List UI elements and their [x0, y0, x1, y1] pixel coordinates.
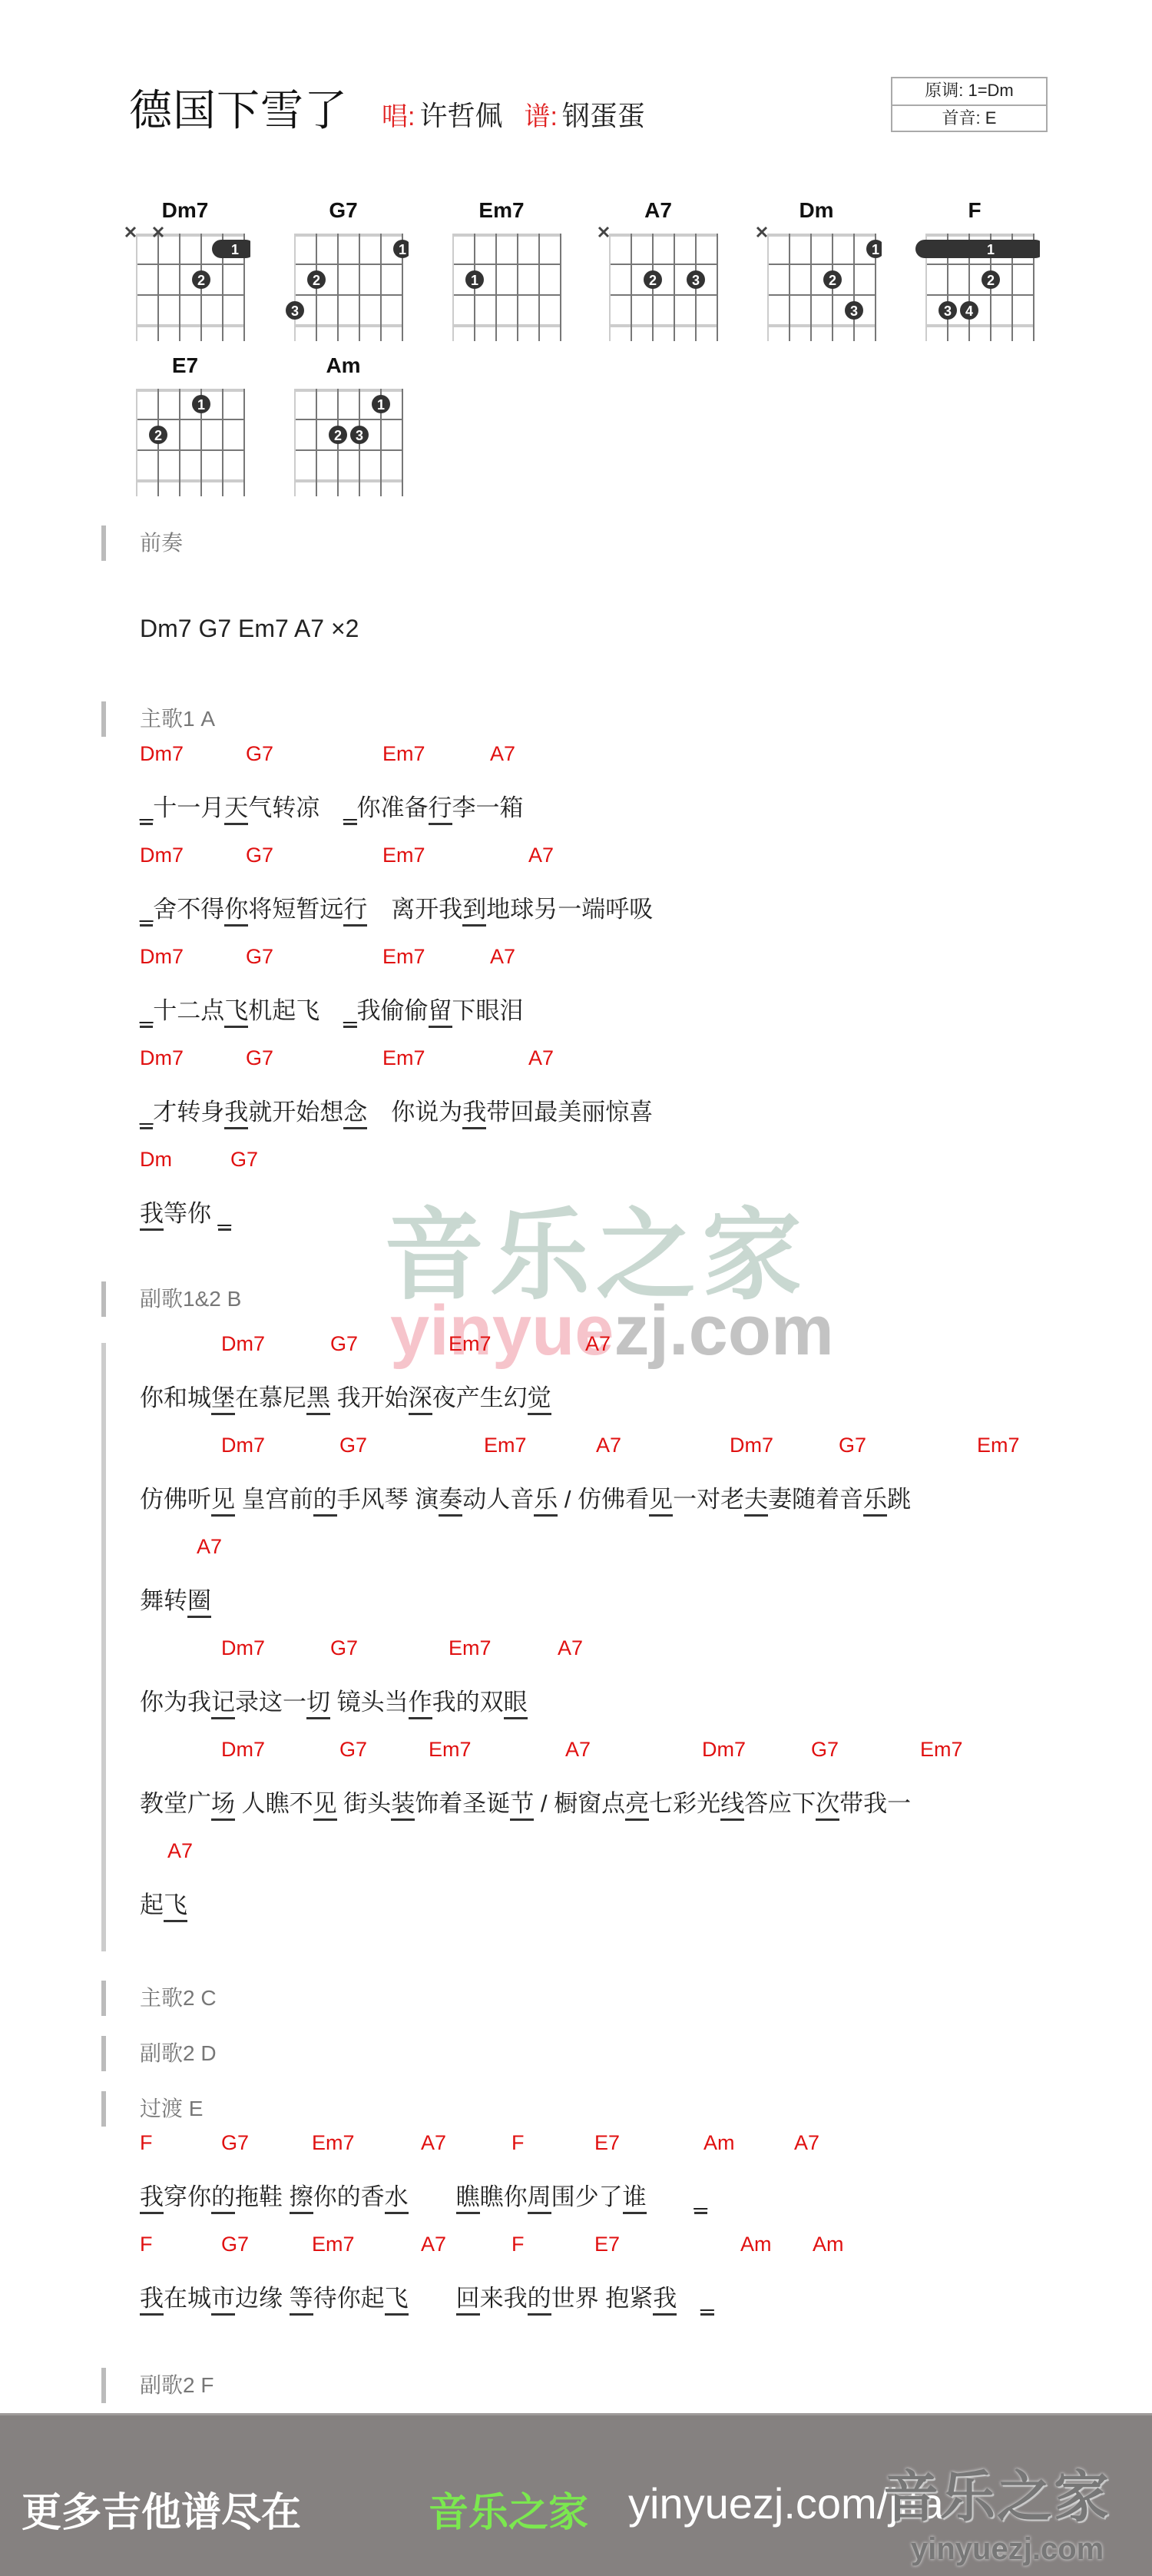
chord: A7: [528, 844, 554, 867]
chord: Em7: [449, 1636, 492, 1660]
chord: G7: [811, 1738, 839, 1762]
lyric-line: _才转身我就开始想念 你说为我带回最美丽惊喜: [140, 1092, 653, 1127]
svg-text:2: 2: [154, 428, 162, 443]
chord: Em7: [382, 844, 425, 867]
chord-diagram-name: G7: [278, 198, 409, 223]
svg-text:3: 3: [944, 303, 952, 319]
chord: A7: [528, 1046, 554, 1070]
chord: A7: [596, 1434, 621, 1457]
chord: G7: [330, 1636, 358, 1660]
watermark-url: yinyuezj.com: [390, 1291, 834, 1371]
site-logo: 音乐之家 yinyuezj.com: [883, 2452, 1144, 2568]
chord: Em7: [382, 945, 425, 969]
chord: F: [140, 2131, 153, 2155]
singer-label: 唱:: [382, 95, 415, 133]
section-label-chorus: 副歌1&2 B: [101, 1281, 241, 1317]
arranger-name: 钢蛋蛋: [562, 94, 645, 134]
section-label-verse1: 主歌1 A: [101, 701, 215, 737]
chord: Dm7: [140, 844, 184, 867]
svg-text:1: 1: [231, 242, 239, 257]
chord-diagram-g7: G7123: [278, 198, 409, 344]
section-label-chorus2: 副歌2 D: [101, 2036, 217, 2071]
chord: A7: [167, 1839, 193, 1863]
section-label-intro: 前奏: [101, 525, 183, 561]
chord-diagram-name: Dm: [751, 198, 882, 223]
chord: Em7: [382, 1046, 425, 1070]
chord: Em7: [312, 2131, 355, 2155]
lyric-line: 你为我记录这一切 镜头当作我的双眼: [140, 1683, 528, 1717]
chord: A7: [421, 2233, 446, 2256]
chord: A7: [490, 742, 515, 766]
chord-diagram-em7: Em71: [436, 198, 567, 344]
chord: Am: [740, 2233, 772, 2256]
lyric-line: 我等你 _: [140, 1194, 231, 1228]
footer-text: 更多吉他谱尽在: [22, 2480, 301, 2538]
song-header: 德国下雪了 唱: 许哲佩 谱: 钢蛋蛋: [129, 77, 645, 138]
svg-text:2: 2: [829, 273, 836, 288]
lyric-line: _十一月天气转凉 _你准备行李一箱: [140, 788, 524, 823]
chord: A7: [197, 1535, 222, 1559]
svg-text:2: 2: [313, 273, 320, 288]
svg-text:1: 1: [377, 397, 385, 413]
chord: Em7: [977, 1434, 1020, 1457]
chord: Em7: [429, 1738, 472, 1762]
lyric-line: _十二点飞机起飞 _我偷偷留下眼泪: [140, 991, 524, 1026]
section-bar: [101, 1343, 106, 1951]
lyric-line: _舍不得你将短暂远行 离开我到地球另一端呼吸: [140, 890, 653, 924]
chord: Dm7: [221, 1636, 265, 1660]
svg-text:2: 2: [649, 273, 657, 288]
chord-diagram-name: Em7: [436, 198, 567, 223]
chord: Em7: [484, 1434, 527, 1457]
chord: Dm7: [730, 1434, 773, 1457]
chord: G7: [221, 2233, 249, 2256]
chord: A7: [794, 2131, 819, 2155]
chord-diagram-name: Am: [278, 353, 409, 378]
svg-text:3: 3: [291, 303, 299, 319]
lyric-line: 舞转圈: [140, 1581, 211, 1616]
chord-diagram-name: Dm7: [120, 198, 250, 223]
chord-diagram-dm: Dm123: [751, 198, 882, 344]
chord: Em7: [920, 1738, 963, 1762]
chord: F: [511, 2233, 525, 2256]
chord: Dm7: [221, 1434, 265, 1457]
chord: Dm7: [140, 945, 184, 969]
chord: A7: [565, 1738, 591, 1762]
chord: Em7: [312, 2233, 355, 2256]
chord: G7: [330, 1332, 358, 1356]
chord: Dm7: [702, 1738, 746, 1762]
chord-diagram-e7: E712: [120, 353, 250, 499]
svg-text:1: 1: [872, 242, 879, 257]
lyric-line: 教堂广场 人瞧不见 街头装饰着圣诞节 / 橱窗点亮七彩光线答应下次带我一: [140, 1784, 911, 1818]
chord: Am: [813, 2233, 844, 2256]
original-key: 原调: 1=Dm: [892, 78, 1046, 104]
chord: F: [140, 2233, 153, 2256]
arranger-label: 谱:: [524, 95, 557, 133]
chord-diagram-name: F: [909, 198, 1040, 223]
chord: Dm7: [140, 1046, 184, 1070]
chord: Dm7: [140, 742, 184, 766]
chord: G7: [246, 945, 273, 969]
chord-diagram-f: F1234: [909, 198, 1040, 344]
svg-text:1: 1: [399, 242, 406, 257]
chord-diagram-a7: A723: [593, 198, 723, 344]
chord: E7: [594, 2233, 620, 2256]
chord: G7: [230, 1148, 258, 1172]
song-title: 德国下雪了: [129, 77, 348, 138]
svg-text:2: 2: [334, 428, 342, 443]
svg-text:1: 1: [471, 273, 478, 288]
chord-diagram-name: A7: [593, 198, 723, 223]
chord: G7: [246, 1046, 273, 1070]
svg-text:3: 3: [692, 273, 700, 288]
lyric-line: 我在城市边缘 等待你起飞 回来我的世界 抱紧我 _: [140, 2279, 714, 2313]
chord: G7: [339, 1434, 367, 1457]
lyric-line: 我穿你的拖鞋 擦你的香水 瞧瞧你周围少了谁 _: [140, 2177, 707, 2212]
svg-text:2: 2: [987, 273, 995, 288]
chord: G7: [246, 742, 273, 766]
footer-brand: 音乐之家: [429, 2480, 588, 2538]
chord: E7: [594, 2131, 620, 2155]
svg-text:2: 2: [197, 273, 205, 288]
intro-chord-line: Dm7 G7 Em7 A7 ×2: [140, 615, 359, 643]
section-label-chorus3: 副歌2 F: [101, 2368, 214, 2403]
footer-banner: 更多吉他谱尽在 音乐之家 yinyuezj.com/jita 音乐之家 yiny…: [0, 2413, 1152, 2576]
key-info-box: 原调: 1=Dm 首音: E: [891, 77, 1048, 132]
lyric-line: 你和城堡在慕尼黑 我开始深夜产生幻觉: [140, 1378, 551, 1413]
chord: A7: [585, 1332, 611, 1356]
svg-text:4: 4: [965, 303, 973, 319]
chord: Em7: [449, 1332, 492, 1356]
chord: G7: [839, 1434, 866, 1457]
svg-text:3: 3: [850, 303, 858, 319]
chord: A7: [558, 1636, 583, 1660]
chord: F: [511, 2131, 525, 2155]
section-label-bridge: 过渡 E: [101, 2091, 203, 2127]
lyric-line: 起飞: [140, 1885, 187, 1920]
section-label-verse2: 主歌2 C: [101, 1981, 217, 2016]
chord-diagram-dm7: Dm712: [120, 198, 250, 344]
chord: Dm7: [221, 1332, 265, 1356]
first-note: 首音: E: [892, 104, 1046, 131]
chord: Dm7: [221, 1738, 265, 1762]
chord: A7: [490, 945, 515, 969]
chord: A7: [421, 2131, 446, 2155]
svg-text:1: 1: [987, 242, 995, 257]
singer-name: 许哲佩: [419, 94, 502, 134]
chord: G7: [221, 2131, 249, 2155]
chord: G7: [246, 844, 273, 867]
chord-diagram-am: Am123: [278, 353, 409, 499]
chord: G7: [339, 1738, 367, 1762]
svg-text:3: 3: [356, 428, 363, 443]
chord: Dm: [140, 1148, 172, 1172]
svg-text:1: 1: [197, 397, 205, 413]
chord-diagram-name: E7: [120, 353, 250, 378]
chord: Am: [703, 2131, 735, 2155]
chord: Em7: [382, 742, 425, 766]
lyric-line: 仿佛听见 皇宫前的手风琴 演奏动人音乐 / 仿佛看见一对老夫妻随着音乐跳: [140, 1480, 911, 1514]
